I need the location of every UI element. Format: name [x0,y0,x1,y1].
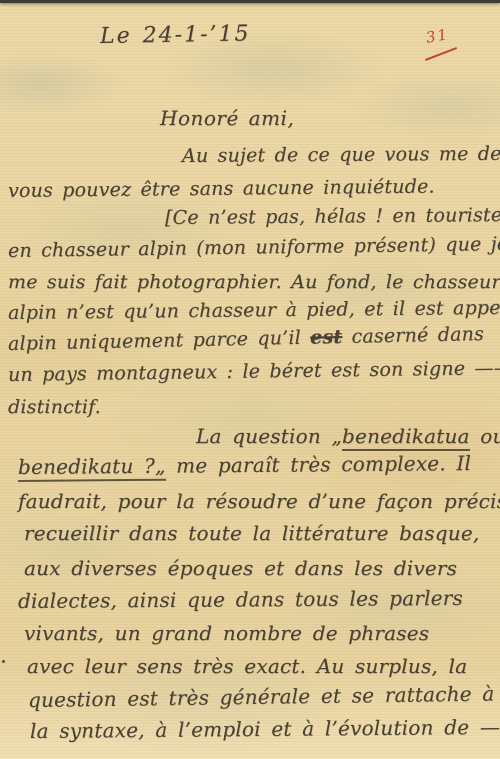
letter-line-text: vivants, un grand nombre de phrases [24,621,429,645]
red-underline-stroke [425,47,457,61]
letter-line: vous pouvez être sans aucune inquiétude. [8,176,435,202]
letter-page: Le 24-1-’15 31 Honoré ami, Au sujet de c… [0,0,500,759]
letter-line-text: un pays montagneux : le béret est son si… [8,357,500,386]
ink-speck [2,660,5,663]
letter-line-text: me suis fait photographier. Au fond, le … [8,271,500,293]
letter-line: Au sujet de ce que vous me demandez, [182,142,500,167]
struck-word: est [310,326,343,349]
page-number-annotation: 31 [425,25,451,47]
letter-line: distinctif. [8,396,101,418]
letter-line-text: recueillir dans toute la littérature bas… [24,521,479,545]
salutation-line: Honoré ami, [160,106,294,130]
letter-line: alpin n’est qu’un chasseur à pied, et il… [8,297,500,324]
letter-line-text: en chasseur alpin (mon uniforme présent)… [8,233,500,262]
letter-line: un pays montagneux : le béret est son si… [8,357,500,386]
underlined-word: benedikatu ?„ [18,454,166,482]
letter-line: dialectes, ainsi que dans tous les parle… [18,586,463,613]
letter-line-text: Au sujet de ce que vous me demandez, [182,142,500,167]
letter-line-text: ou [470,424,500,448]
letter-line-text: alpin n’est qu’un chasseur à pied, et il… [8,297,500,324]
letter-line: faudrait, pour la résoudre d’une façon p… [18,489,500,513]
letter-line: en chasseur alpin (mon uniforme présent)… [8,233,500,262]
letter-line-text: distinctif. [8,396,101,418]
letter-line-text: la syntaxe, à l’emploi et à l’évolution … [30,715,500,743]
underlined-word: benedikatua [342,424,470,451]
letter-line-text: aux diverses époques et dans les divers [24,556,457,580]
letter-line-text: dialectes, ainsi que dans tous les parle… [18,586,463,613]
letter-line-text: [Ce n’est pas, hélas ! en touriste, mais [165,204,500,229]
letter-line: [Ce n’est pas, hélas ! en touriste, mais [165,204,500,229]
letter-line: recueillir dans toute la littérature bas… [24,521,479,545]
letter-line-text: La question „ [196,424,342,448]
page-number-text: 31 [425,25,451,47]
letter-line: question est très générale et se rattach… [28,681,495,712]
letter-line-text: vous pouvez être sans aucune inquiétude. [8,176,435,202]
scan-edge [0,0,500,3]
letter-line-text: avec leur sens très exact. Au surplus, l… [27,654,467,678]
letter-line: benedikatu ?„ me paraît très complexe. I… [18,451,471,479]
letter-line: me suis fait photographier. Au fond, le … [8,271,500,293]
letter-line-text: me paraît très complexe. Il [165,451,471,478]
letter-line: la syntaxe, à l’emploi et à l’évolution … [30,715,500,743]
letter-line: aux diverses époques et dans les divers [24,556,457,580]
letter-line-text: alpin uniquement parce qu’il [8,327,311,355]
letter-line-text: question est très générale et se rattach… [28,681,495,712]
date-text: Le 24-1-’15 [100,21,251,49]
date-line: Le 24-1-’15 [100,21,251,49]
letter-line-text: caserné dans [342,323,484,348]
letter-line: La question „benedikatua ou [196,424,500,448]
letter-line-text: faudrait, pour la résoudre d’une façon p… [18,489,500,513]
salutation-text: Honoré ami, [160,106,294,130]
letter-line: avec leur sens très exact. Au surplus, l… [27,654,467,678]
letter-line: vivants, un grand nombre de phrases [24,621,429,645]
letter-line: alpin uniquement parce qu’il est caserné… [8,323,484,355]
